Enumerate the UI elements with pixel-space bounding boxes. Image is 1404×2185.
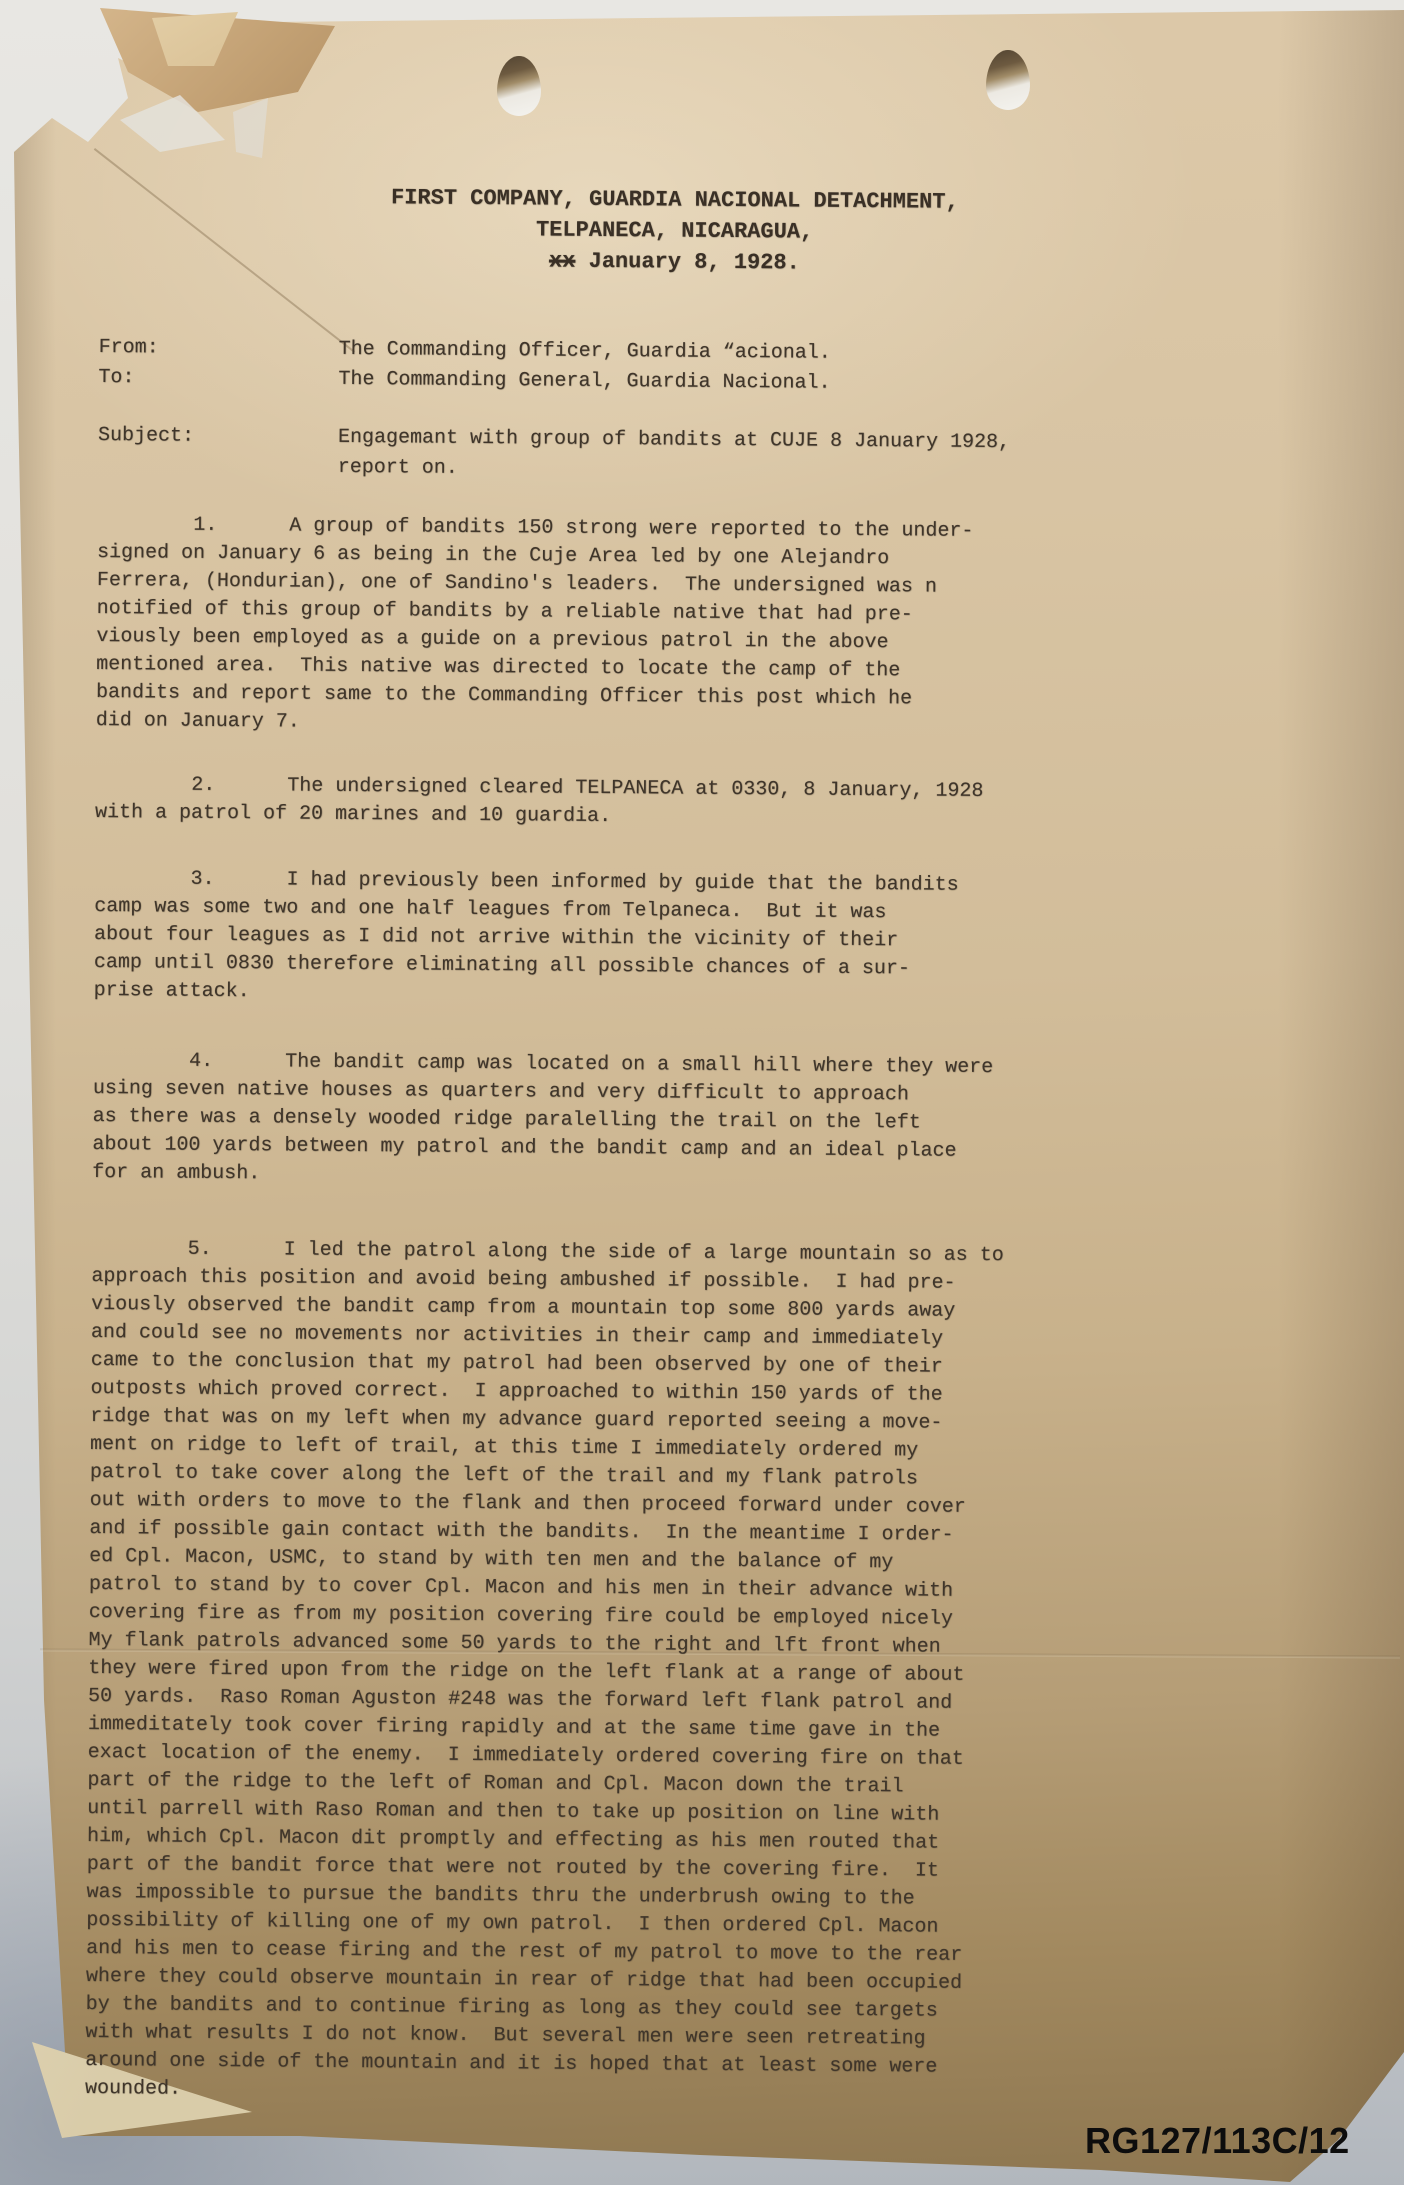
- letterhead: FIRST COMPANY, GUARDIA NACIONAL DETACHME…: [314, 182, 1035, 281]
- paragraph-1: 1. A group of bandits 150 strong were re…: [96, 511, 1078, 743]
- struck-chars: xx: [549, 249, 576, 274]
- date-text: January 8, 1928.: [575, 249, 800, 276]
- to-row: To: The Commanding General, Guardia Naci…: [98, 363, 1078, 401]
- letterhead-line-1: FIRST COMPANY, GUARDIA NACIONAL DETACHME…: [315, 182, 1035, 219]
- paragraph-2: 2. The undersigned cleared TELPANECA at …: [95, 771, 1075, 835]
- document-photo: FIRST COMPANY, GUARDIA NACIONAL DETACHME…: [0, 0, 1404, 2185]
- typewritten-report: FIRST COMPANY, GUARDIA NACIONAL DETACHME…: [85, 180, 1080, 2111]
- from-value: The Commanding Officer, Guardia “acional…: [339, 335, 831, 369]
- subject-label: Subject:: [98, 421, 338, 483]
- from-label: From:: [99, 333, 339, 365]
- to-value: The Commanding General, Guardia Nacional…: [338, 365, 830, 399]
- to-label: To:: [98, 363, 338, 395]
- archival-reference-label: RG127/113C/12: [1085, 2120, 1350, 2162]
- date-line: xx January 8, 1928.: [314, 244, 1034, 281]
- subject-value: Engagemant with group of bandits at CUJE…: [338, 423, 1011, 488]
- subject-row: Subject: Engagemant with group of bandit…: [98, 421, 1078, 489]
- address-block: From: The Commanding Officer, Guardia “a…: [98, 333, 1078, 401]
- paragraph-4: 4. The bandit camp was located on a smal…: [92, 1047, 1073, 1195]
- paragraph-5: 5. I led the patrol along the side of a …: [85, 1235, 1072, 2111]
- paragraph-3: 3. I had previously been informed by gui…: [94, 865, 1075, 1013]
